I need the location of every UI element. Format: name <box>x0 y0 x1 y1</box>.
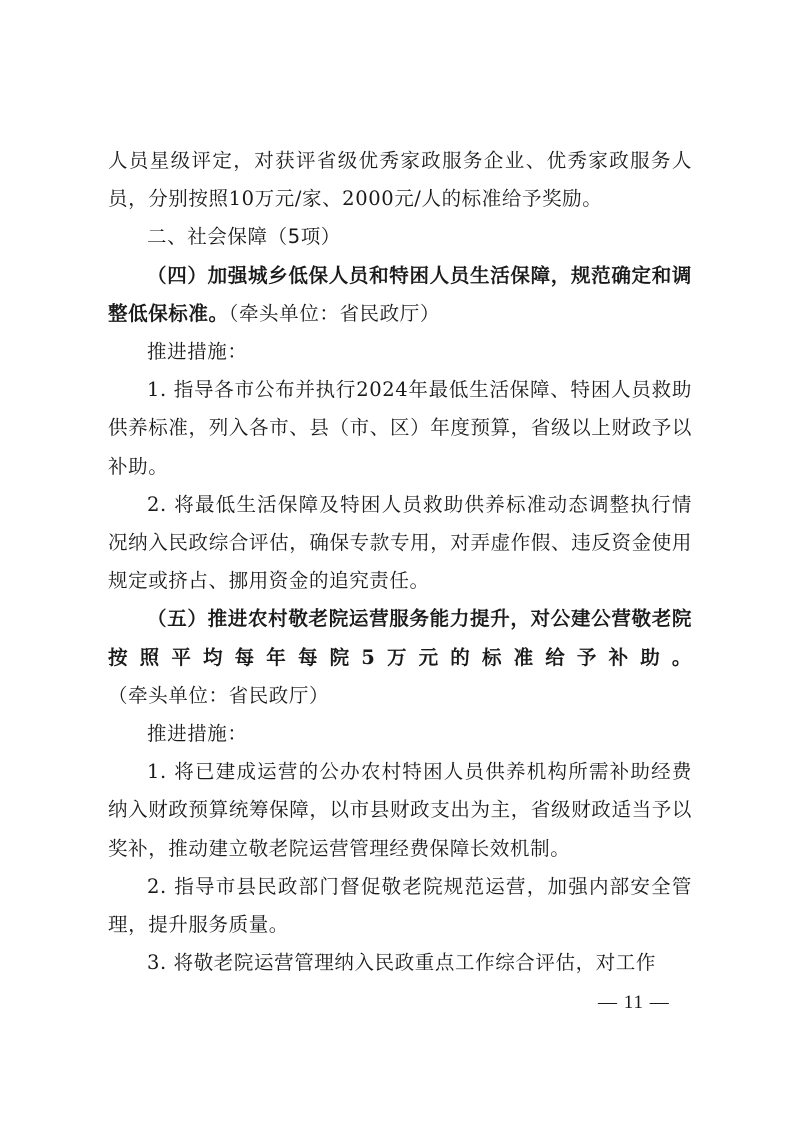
measure-item: 2. 指导市县民政部门督促敬老院规范运营，加强内部安全管理，提升服务质量。 <box>108 868 692 944</box>
page-number: — 11 — <box>598 992 670 1014</box>
item-heading-four: （四）加强城乡低保人员和特困人员生活保障，规范确定和调整低保标准。（牵头单位：省… <box>108 257 692 333</box>
measures-label: 推进措施： <box>108 715 692 753</box>
lead-unit-text: （牵头单位：省民政厅） <box>229 302 440 325</box>
item-heading-five: （五）推进农村敬老院运营服务能力提升，对公建公营敬老院按照平均每年每院5万元的标… <box>108 600 692 715</box>
item-heading-bold-text: （五）推进农村敬老院运营服务能力提升，对公建公营敬老院按照平均每年每院5万元的标… <box>108 607 692 668</box>
measure-item: 1. 指导各市公布并执行2024年最低生活保障、特困人员救助供养标准，列入各市、… <box>108 371 692 486</box>
section-heading-social-security: 二、社会保障（5项） <box>108 218 692 256</box>
measure-item: 3. 将敬老院运营管理纳入民政重点工作综合评估，对工作 <box>108 944 692 982</box>
lead-unit-text: （牵头单位：省民政厅） <box>108 684 329 707</box>
body-paragraph-continued: 人员星级评定，对获评省级优秀家政服务企业、优秀家政服务人员，分别按照10万元/家… <box>108 142 692 218</box>
measure-item: 1. 将已建成运营的公办农村特困人员供养机构所需补助经费纳入财政预算统筹保障，以… <box>108 753 692 868</box>
document-page: 人员星级评定，对获评省级优秀家政服务企业、优秀家政服务人员，分别按照10万元/家… <box>0 0 793 1122</box>
document-body: 人员星级评定，对获评省级优秀家政服务企业、优秀家政服务人员，分别按照10万元/家… <box>108 142 692 982</box>
measure-item: 2. 将最低生活保障及特困人员救助供养标准动态调整执行情况纳入民政综合评估，确保… <box>108 486 692 601</box>
measures-label: 推进措施： <box>108 333 692 371</box>
